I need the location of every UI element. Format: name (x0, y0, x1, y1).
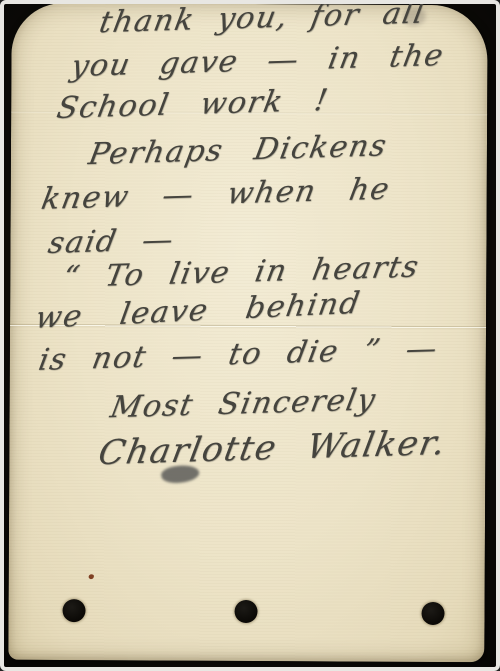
handwriting-line: is not — to die ” — (36, 331, 441, 378)
handwriting-line: School work ! (54, 83, 332, 126)
letter-paper: thank you, for all you gave — in the Sch… (8, 3, 487, 662)
punch-hole (234, 600, 257, 623)
punch-hole (62, 599, 85, 622)
handwriting-line: said — (45, 222, 177, 261)
handwriting-line: thank you, for all (97, 0, 428, 40)
punch-hole (421, 602, 444, 625)
signature: Charlotte Walker. (95, 423, 449, 473)
handwriting-line: you gave — in the (68, 38, 447, 84)
handwriting-line: knew — when he (39, 172, 394, 217)
photo-frame: thank you, for all you gave — in the Sch… (0, 0, 500, 671)
handwriting-line: Perhaps Dickens (86, 128, 390, 172)
paper-speck (88, 573, 94, 579)
closing-line: Most Sincerely (108, 383, 380, 426)
